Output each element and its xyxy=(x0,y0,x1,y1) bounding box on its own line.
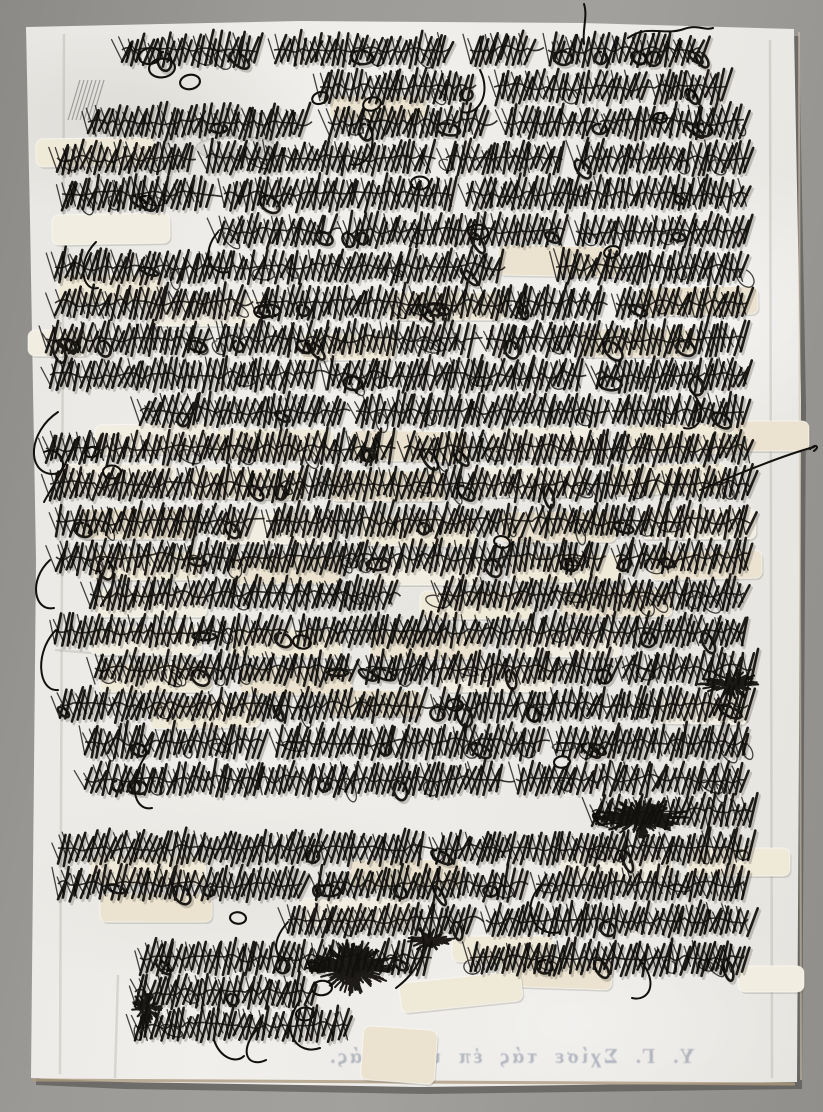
photo-background: Υ. Γ. Σχίσε τάς ἐπ ιστο λάς. xyxy=(0,0,823,1112)
stitched-thread-overlay xyxy=(0,0,823,1112)
